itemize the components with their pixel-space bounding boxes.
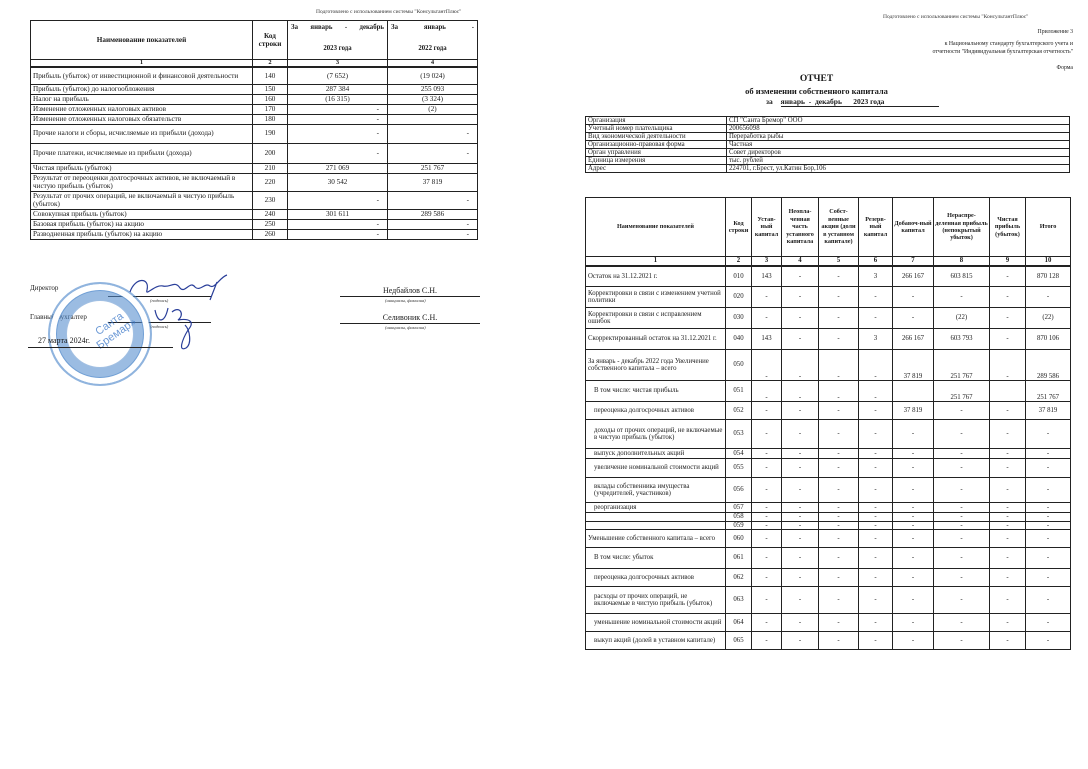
equity-changes-table: Наименование показателейКод строкиУстав-… — [585, 197, 1071, 650]
table-row: Чистая прибыль (убыток)210271 069251 767 — [31, 163, 478, 173]
row-name: переоценка долгосрочных активов — [586, 402, 726, 420]
row-value: - — [1026, 478, 1071, 503]
row-value: - — [990, 266, 1026, 287]
row-value: - — [1026, 530, 1071, 548]
row-value: - — [782, 569, 819, 587]
row-value — [893, 381, 934, 402]
row-code: 200 — [253, 143, 288, 163]
row-value: - — [990, 548, 1026, 569]
table-row: За январь - декабрь 2022 года Увеличение… — [586, 350, 1071, 381]
row-value: - — [819, 548, 859, 569]
director-name-caption: (инициалы, фамилия) — [385, 298, 426, 303]
table-row: переоценка долгосрочных активов062------… — [586, 569, 1071, 587]
row-value: - — [893, 287, 934, 308]
table-row: 058-------- — [586, 513, 1071, 522]
row-value: (22) — [1026, 308, 1071, 329]
row-code: 064 — [726, 614, 752, 632]
row-previous-value: 37 819 — [388, 173, 478, 191]
row-previous-value: (2) — [388, 104, 478, 114]
row-value: - — [782, 587, 819, 614]
row-value: - — [819, 530, 859, 548]
org-info-value: Частная — [727, 141, 1070, 149]
row-previous-value: 289 586 — [388, 209, 478, 219]
row-value: - — [782, 614, 819, 632]
row-code: 240 — [253, 209, 288, 219]
row-code: 054 — [726, 449, 752, 459]
row-value: 37 819 — [893, 402, 934, 420]
appendix-ref-2: отчетности "Индивидуальная бухгалтерская… — [932, 49, 1073, 55]
row-value: - — [1026, 569, 1071, 587]
row-current-value: - — [288, 114, 388, 124]
row-value: - — [819, 350, 859, 381]
org-info-value: тыс. рублей — [727, 157, 1070, 165]
table-row: доходы от прочих операций, не включаемые… — [586, 420, 1071, 449]
org-info-value: 200656098 — [727, 125, 1070, 133]
row-value: - — [934, 521, 990, 530]
row-value: - — [782, 287, 819, 308]
row-name: Чистая прибыль (убыток) — [31, 163, 253, 173]
row-value: - — [934, 478, 990, 503]
org-info-value: 224701, г.Брест, ул.Катин Бор,106 — [727, 165, 1070, 173]
row-code: 055 — [726, 459, 752, 478]
row-value: - — [782, 308, 819, 329]
index-row: 12345678910 — [586, 257, 1071, 266]
report-title: ОТЧЕТ — [545, 74, 1088, 84]
row-value: - — [819, 632, 859, 650]
row-value: - — [893, 503, 934, 513]
row-name: переоценка долгосрочных активов — [586, 569, 726, 587]
row-value: - — [859, 449, 893, 459]
row-previous-value: - — [388, 143, 478, 163]
row-name: выпуск дополнительных акций — [586, 449, 726, 459]
row-value: - — [782, 266, 819, 287]
row-value: - — [934, 402, 990, 420]
row-value: - — [990, 449, 1026, 459]
row-value: - — [893, 569, 934, 587]
row-value: - — [782, 350, 819, 381]
row-value: - — [752, 503, 782, 513]
table-row: уменьшение номинальной стоимости акций06… — [586, 614, 1071, 632]
table-row: Скорректированный остаток на 31.12.2021 … — [586, 329, 1071, 350]
col-header: Чистая прибыль (убыток) — [990, 198, 1026, 257]
row-value: - — [752, 569, 782, 587]
row-value: - — [819, 308, 859, 329]
row-value: - — [782, 459, 819, 478]
row-value: - — [752, 308, 782, 329]
row-value: - — [782, 381, 819, 402]
table-row: Базовая прибыль (убыток) на акцию250-- — [31, 219, 478, 229]
report-period: за январь - декабрь 2023 года — [766, 97, 939, 107]
row-name: Изменение отложенных налоговых обязатель… — [31, 114, 253, 124]
row-value: - — [934, 503, 990, 513]
table-row: Корректировки в связи с исправлением оши… — [586, 308, 1071, 329]
row-value: - — [819, 266, 859, 287]
org-info-label: Единица измерения — [586, 157, 727, 165]
row-previous-value: - — [388, 124, 478, 143]
col-header: Собст-венные акции (доли в уставном капи… — [819, 198, 859, 257]
col-header-name: Наименование показателей — [31, 21, 253, 60]
row-value: - — [990, 478, 1026, 503]
row-name: Корректировки в связи с исправлением оши… — [586, 308, 726, 329]
row-value: - — [859, 402, 893, 420]
row-value: - — [990, 530, 1026, 548]
director-name-line — [340, 296, 480, 297]
table-row: В том числе: убыток061-------- — [586, 548, 1071, 569]
org-info-value: СП "Санта Бремор" ООО — [727, 117, 1070, 125]
row-name: реорганизация — [586, 503, 726, 513]
row-name: уменьшение номинальной стоимости акций — [586, 614, 726, 632]
col-header: Итого — [1026, 198, 1071, 257]
row-name: Базовая прибыль (убыток) на акцию — [31, 219, 253, 229]
table-row: Остаток на 31.12.2021 г.010143--3266 167… — [586, 266, 1071, 287]
org-info-row: Учетный номер плательщика200656098 — [586, 125, 1070, 133]
row-value: - — [859, 587, 893, 614]
row-value: - — [893, 308, 934, 329]
row-value: - — [1026, 614, 1071, 632]
table-row: Изменение отложенных налоговых обязатель… — [31, 114, 478, 124]
row-current-value: - — [288, 229, 388, 239]
row-name: Разводненная прибыль (убыток) на акцию — [31, 229, 253, 239]
row-value: - — [893, 449, 934, 459]
row-value: - — [934, 459, 990, 478]
row-value: - — [819, 402, 859, 420]
row-value: - — [819, 587, 859, 614]
row-value: - — [990, 420, 1026, 449]
row-code: 010 — [726, 266, 752, 287]
row-code: 040 — [726, 329, 752, 350]
row-name: Совокупная прибыль (убыток) — [31, 209, 253, 219]
right-page: Подготовлено с использованием системы "К… — [545, 0, 1088, 769]
row-code: 180 — [253, 114, 288, 124]
row-value: - — [1026, 587, 1071, 614]
row-value: - — [782, 530, 819, 548]
row-value: - — [1026, 521, 1071, 530]
row-name: выкуп акций (долей в уставном капитале) — [586, 632, 726, 650]
org-info-row: Единица измерениятыс. рублей — [586, 157, 1070, 165]
accountant-signature-icon — [150, 300, 220, 355]
org-info-label: Орган управления — [586, 149, 727, 157]
row-name: Результат от переоценки долгосрочных акт… — [31, 173, 253, 191]
col-header-previous-period: За январь - 2022 года — [388, 21, 478, 60]
col-header: Код строки — [726, 198, 752, 257]
row-value: 251 767 — [1026, 381, 1071, 402]
row-value: - — [859, 632, 893, 650]
row-value: - — [893, 513, 934, 522]
signing-date: 27 марта 2024г. — [38, 336, 90, 345]
row-code: 053 — [726, 420, 752, 449]
row-value: - — [752, 548, 782, 569]
row-code: 059 — [726, 521, 752, 530]
row-previous-value: - — [388, 229, 478, 239]
row-value: - — [1026, 449, 1071, 459]
table-row: Уменьшение собственного капитала – всего… — [586, 530, 1071, 548]
row-code: 065 — [726, 632, 752, 650]
row-name: Скорректированный остаток на 31.12.2021 … — [586, 329, 726, 350]
row-value: - — [859, 459, 893, 478]
col-header-code: Код строки — [253, 21, 288, 60]
row-value: - — [1026, 420, 1071, 449]
row-value: - — [819, 381, 859, 402]
row-value: - — [859, 513, 893, 522]
row-value: - — [819, 449, 859, 459]
row-code: 250 — [253, 219, 288, 229]
director-name: Недбайлов С.Н. — [340, 286, 480, 295]
table-row: вклады собственника имущества (учредител… — [586, 478, 1071, 503]
row-previous-value: (19 024) — [388, 67, 478, 84]
row-value: - — [893, 459, 934, 478]
row-value: - — [893, 632, 934, 650]
table-row: Корректировки в связи с изменением учетн… — [586, 287, 1071, 308]
row-value: - — [1026, 632, 1071, 650]
org-info-row: Организационно-правовая формаЧастная — [586, 141, 1070, 149]
row-current-value: - — [288, 143, 388, 163]
row-previous-value: 255 093 — [388, 84, 478, 94]
accountant-name-line — [340, 323, 480, 324]
table-row: увеличение номинальной стоимости акций05… — [586, 459, 1071, 478]
row-value: - — [934, 569, 990, 587]
row-current-value: 30 542 — [288, 173, 388, 191]
row-current-value: - — [288, 124, 388, 143]
organization-info-table: ОрганизацияСП "Санта Бремор" ОООУчетный … — [585, 116, 1070, 173]
row-value: - — [819, 329, 859, 350]
row-value: - — [752, 478, 782, 503]
row-value: 266 167 — [893, 266, 934, 287]
row-value: - — [819, 569, 859, 587]
col-header: Устав-ный капитал — [752, 198, 782, 257]
row-value: - — [752, 402, 782, 420]
table-row: Прибыль (убыток) от инвестиционной и фин… — [31, 67, 478, 84]
row-name: Прочие платежи, исчисляемые из прибыли (… — [31, 143, 253, 163]
row-current-value: (16 315) — [288, 94, 388, 104]
row-value: - — [782, 632, 819, 650]
org-info-label: Вид экономической деятельности — [586, 133, 727, 141]
row-value: - — [819, 459, 859, 478]
row-name: увеличение номинальной стоимости акций — [586, 459, 726, 478]
row-value: - — [859, 287, 893, 308]
row-value: - — [782, 548, 819, 569]
row-code: 052 — [726, 402, 752, 420]
row-value: - — [782, 420, 819, 449]
row-code: 170 — [253, 104, 288, 114]
row-value: - — [990, 329, 1026, 350]
org-info-row: Орган управленияСовет директоров — [586, 149, 1070, 157]
row-value: 3 — [859, 329, 893, 350]
row-value: - — [752, 521, 782, 530]
row-value: - — [782, 503, 819, 513]
row-name: В том числе: чистая прибыль — [586, 381, 726, 402]
row-name: расходы от прочих операций, не включаемы… — [586, 587, 726, 614]
row-name: Изменение отложенных налоговых активов — [31, 104, 253, 114]
row-value: - — [990, 503, 1026, 513]
row-code: 020 — [726, 287, 752, 308]
row-value: 603 793 — [934, 329, 990, 350]
row-name: За январь - декабрь 2022 года Увеличение… — [586, 350, 726, 381]
row-name: вклады собственника имущества (учредител… — [586, 478, 726, 503]
row-code: 062 — [726, 569, 752, 587]
row-value: - — [893, 521, 934, 530]
row-value: - — [990, 521, 1026, 530]
table-row: Результат от переоценки долгосрочных акт… — [31, 173, 478, 191]
row-name: Налог на прибыль — [31, 94, 253, 104]
left-page: Подготовлено с использованием системы "К… — [0, 0, 540, 769]
row-value: - — [893, 587, 934, 614]
row-code: 210 — [253, 163, 288, 173]
row-value: - — [752, 449, 782, 459]
row-value: 870 128 — [1026, 266, 1071, 287]
row-value: 37 819 — [1026, 402, 1071, 420]
row-value: - — [859, 614, 893, 632]
table-row: Результат от прочих операций, не включае… — [31, 191, 478, 209]
row-value: - — [934, 548, 990, 569]
row-value: - — [819, 521, 859, 530]
row-value: - — [1026, 503, 1071, 513]
appendix-label: Приложение 3 — [1038, 29, 1073, 35]
row-value: - — [782, 329, 819, 350]
row-value: - — [990, 287, 1026, 308]
row-value: - — [819, 513, 859, 522]
org-info-row: Вид экономической деятельностиПереработк… — [586, 133, 1070, 141]
org-info-value: Совет директоров — [727, 149, 1070, 157]
table-row: Изменение отложенных налоговых активов17… — [31, 104, 478, 114]
row-previous-value: - — [388, 219, 478, 229]
row-previous-value: 251 767 — [388, 163, 478, 173]
row-value: - — [990, 308, 1026, 329]
row-value: 37 819 — [893, 350, 934, 381]
org-info-row: ОрганизацияСП "Санта Бремор" ООО — [586, 117, 1070, 125]
director-label: Директор — [30, 284, 58, 292]
row-value: - — [990, 350, 1026, 381]
row-value: - — [859, 569, 893, 587]
row-code: 150 — [253, 84, 288, 94]
row-value: - — [859, 308, 893, 329]
col-header: Резерв-ный капитал — [859, 198, 893, 257]
row-value: - — [859, 478, 893, 503]
row-name: В том числе: убыток — [586, 548, 726, 569]
row-name: Прочие налоги и сборы, исчисляемые из пр… — [31, 124, 253, 143]
row-value: 143 — [752, 266, 782, 287]
row-code: 050 — [726, 350, 752, 381]
row-name: Корректировки в связи с изменением учетн… — [586, 287, 726, 308]
director-signature-icon — [125, 272, 235, 302]
row-value: - — [819, 287, 859, 308]
table-row: 059-------- — [586, 521, 1071, 530]
row-value: - — [1026, 459, 1071, 478]
stamp-text: Санта Бремар» — [76, 298, 150, 360]
org-info-label: Организационно-правовая форма — [586, 141, 727, 149]
row-previous-value — [388, 114, 478, 124]
row-value: - — [752, 513, 782, 522]
row-name: доходы от прочих операций, не включаемые… — [586, 420, 726, 449]
row-value: 251 767 — [934, 350, 990, 381]
row-code: 051 — [726, 381, 752, 402]
row-value: - — [990, 614, 1026, 632]
row-value: 870 106 — [1026, 329, 1071, 350]
row-value: - — [859, 350, 893, 381]
row-value: - — [893, 478, 934, 503]
row-name: Результат от прочих операций, не включае… — [31, 191, 253, 209]
table-row: Совокупная прибыль (убыток)240301 611289… — [31, 209, 478, 219]
row-value: - — [934, 530, 990, 548]
row-code: 260 — [253, 229, 288, 239]
row-value: - — [934, 287, 990, 308]
row-value: 143 — [752, 329, 782, 350]
row-value: 251 767 — [934, 381, 990, 402]
col-header: Наименование показателей — [586, 198, 726, 257]
table-row: Прочие платежи, исчисляемые из прибыли (… — [31, 143, 478, 163]
row-value: - — [782, 521, 819, 530]
row-value: (22) — [934, 308, 990, 329]
row-value: - — [752, 420, 782, 449]
row-current-value: (7 652) — [288, 67, 388, 84]
row-previous-value: - — [388, 191, 478, 209]
row-current-value: 271 069 — [288, 163, 388, 173]
prepared-note: Подготовлено с использованием системы "К… — [316, 9, 461, 15]
report-subtitle: об изменении собственного капитала — [545, 86, 1088, 96]
row-value: - — [819, 420, 859, 449]
row-value: - — [859, 530, 893, 548]
row-value: - — [893, 420, 934, 449]
col-header: Неопла-ченная часть уставного капитала — [782, 198, 819, 257]
row-code: 063 — [726, 587, 752, 614]
row-value: 289 586 — [1026, 350, 1071, 381]
prepared-note-right: Подготовлено с использованием системы "К… — [883, 14, 1028, 20]
row-name — [586, 513, 726, 522]
appendix-ref-1: к Национальному стандарту бухгалтерского… — [945, 41, 1073, 47]
col-header: Нераспре-деленная прибыль (непокрытый уб… — [934, 198, 990, 257]
row-code: 057 — [726, 503, 752, 513]
row-current-value: - — [288, 219, 388, 229]
row-value: - — [819, 503, 859, 513]
row-value: - — [782, 513, 819, 522]
row-value: - — [934, 420, 990, 449]
col-header: Добавоч-ный капитал — [893, 198, 934, 257]
row-value: 3 — [859, 266, 893, 287]
row-value: - — [752, 459, 782, 478]
row-code: 220 — [253, 173, 288, 191]
row-current-value: - — [288, 191, 388, 209]
accountant-name-caption: (инициалы, фамилия) — [385, 325, 426, 330]
table-row: Налог на прибыль160(16 315)(3 324) — [31, 94, 478, 104]
row-value: - — [752, 587, 782, 614]
row-value: - — [990, 513, 1026, 522]
row-current-value: 287 384 — [288, 84, 388, 94]
row-code: 140 — [253, 67, 288, 84]
row-value: - — [859, 521, 893, 530]
row-previous-value: (3 324) — [388, 94, 478, 104]
row-value: - — [859, 548, 893, 569]
row-code: 190 — [253, 124, 288, 143]
row-code: 030 — [726, 308, 752, 329]
row-code: 056 — [726, 478, 752, 503]
row-current-value: 301 611 — [288, 209, 388, 219]
row-value: - — [893, 530, 934, 548]
row-value — [990, 381, 1026, 402]
row-name: Прибыль (убыток) от инвестиционной и фин… — [31, 67, 253, 84]
table-row: реорганизация057-------- — [586, 503, 1071, 513]
row-value: - — [1026, 548, 1071, 569]
row-value: - — [819, 614, 859, 632]
table-row: Прибыль (убыток) до налогообложения15028… — [31, 84, 478, 94]
row-value: - — [990, 459, 1026, 478]
row-value: - — [990, 587, 1026, 614]
table-row: Прочие налоги и сборы, исчисляемые из пр… — [31, 124, 478, 143]
table-row: В том числе: чистая прибыль051----251 76… — [586, 381, 1071, 402]
row-value: 266 167 — [893, 329, 934, 350]
row-value: - — [893, 548, 934, 569]
row-value: - — [782, 402, 819, 420]
table-row: выкуп акций (долей в уставном капитале)0… — [586, 632, 1071, 650]
row-value: - — [990, 569, 1026, 587]
